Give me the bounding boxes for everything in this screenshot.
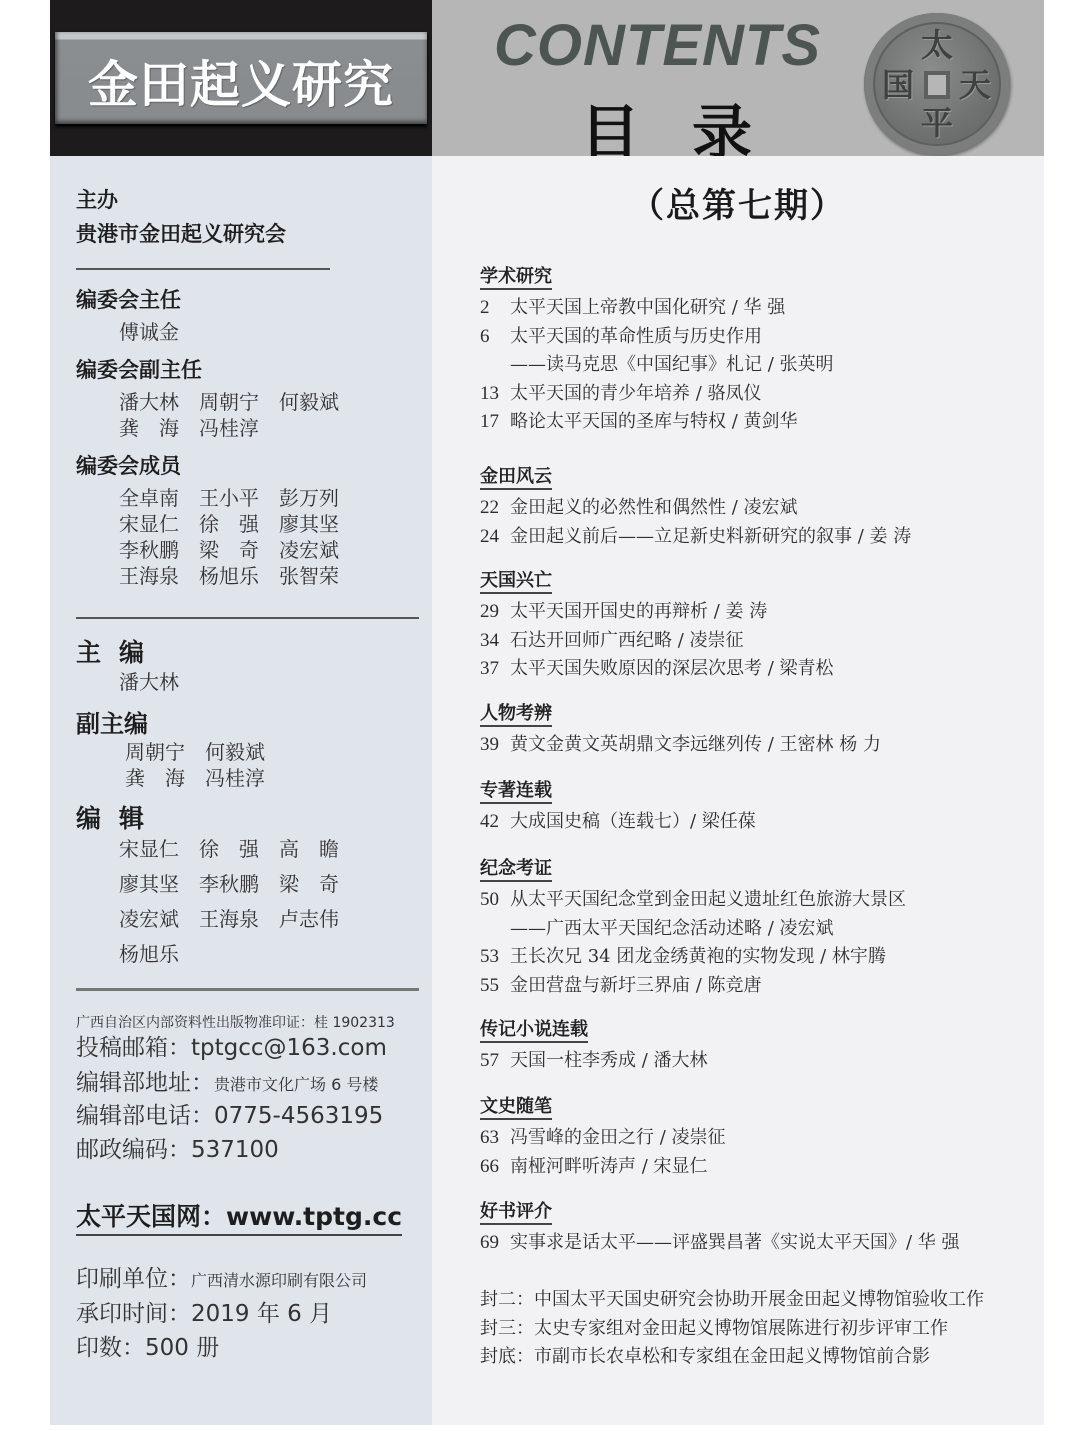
toc-section-rise-and-fall: 天国兴亡 29太平天国开国史的再辩析 / 姜 涛 34石达开回师广西纪略 / 凌… — [480, 570, 1040, 684]
section-title: 天国兴亡 — [480, 570, 552, 594]
toc-entry[interactable]: 37太平天国失败原因的深层次思考 / 梁青松 — [480, 655, 1040, 684]
committee-members-list: 全卓南 王小平 彭万列 宋显仁 徐 强 廖其坚 李秋鹏 梁 奇 凌宏斌 王海泉 … — [119, 485, 339, 589]
contents-heading-en: CONTENTS — [494, 12, 821, 79]
submission-email-line: 投稿邮箱：tptgcc@163.com — [76, 1029, 387, 1062]
coin-char-left: 国 — [882, 69, 914, 101]
article-title: 王长次兄 34 团龙金绣黄袍的实物发现 / 林宇腾 — [510, 943, 886, 972]
page-number: 57 — [480, 1047, 510, 1076]
print-date-value: 2019 年 6 月 — [191, 1301, 332, 1327]
sponsor-name: 贵港市金田起义研究会 — [76, 218, 286, 248]
toc-entry[interactable]: 69实事求是话太平——评盛巽昌著《实说太平天国》/ 华 强 — [480, 1229, 1040, 1258]
name-row: 李秋鹏 梁 奇 凌宏斌 — [119, 537, 339, 563]
journal-title: 金田起义研究 — [88, 45, 394, 117]
coin-char-top: 太 — [921, 29, 953, 61]
toc-section-history-essays: 文史随笔 63冯雪峰的金田之行 / 凌崇征 66南桠河畔听涛声 / 宋显仁 — [480, 1096, 1040, 1181]
website-link[interactable]: 太平天国网：www.tptg.cc — [76, 1197, 402, 1236]
article-title: 天国一柱李秀成 / 潘大林 — [510, 1047, 708, 1076]
toc-entry[interactable]: 39黄文金黄文英胡鼎文李远继列传 / 王密林 杨 力 — [480, 731, 1040, 760]
committee-director-label: 编委会主任 — [76, 284, 181, 314]
taiping-coin-icon: 太 天 平 国 — [864, 13, 1010, 155]
page-number: 2 — [480, 294, 510, 323]
article-title: 大成国史稿（连载七）/ 梁任葆 — [510, 808, 756, 837]
toc-section-biographical-novel: 传记小说连载 57天国一柱李秀成 / 潘大林 — [480, 1019, 1040, 1076]
article-title: 太平天国的革命性质与历史作用 — [510, 323, 762, 352]
toc-entry[interactable]: 2太平天国上帝教中国化研究 / 华 强 — [480, 294, 1040, 323]
article-title: 石达开回师广西纪略 / 凌崇征 — [510, 627, 744, 656]
phone-label: 编辑部电话： — [76, 1103, 214, 1129]
chief-editor-name: 潘大林 — [119, 669, 179, 695]
editors-list: 宋显仁 徐 强 高 瞻 廖其坚 李秋鹏 梁 奇 凌宏斌 王海泉 卢志伟 杨旭乐 — [119, 832, 339, 972]
toc-section-commemoration: 纪念考证 50从太平天国纪念堂到金田起义遗址红色旅游大景区 ——广西太平天国纪念… — [480, 858, 1040, 1000]
toc-entry[interactable]: 17略论太平天国的圣库与特权 / 黄剑华 — [480, 408, 1040, 437]
page-number: 66 — [480, 1153, 510, 1182]
name-row: 宋显仁 徐 强 高 瞻 — [119, 832, 339, 867]
phone-value: 0775-4563195 — [214, 1103, 383, 1129]
article-title: 南桠河畔听涛声 / 宋显仁 — [510, 1153, 708, 1182]
page-number: 34 — [480, 627, 510, 656]
address-label: 编辑部地址： — [76, 1070, 214, 1096]
page-number: 37 — [480, 655, 510, 684]
article-subtitle: ——广西太平天国纪念活动述略 / 凌宏斌 — [510, 915, 834, 944]
toc-entry[interactable]: 34石达开回师广西纪略 / 凌崇征 — [480, 627, 1040, 656]
email-label: 投稿邮箱： — [76, 1035, 191, 1061]
printer-value: 广西清水源印刷有限公司 — [191, 1271, 367, 1290]
postcode-line: 邮政编码：537100 — [76, 1131, 279, 1164]
section-title: 人物考辨 — [480, 703, 552, 727]
article-title: 实事求是话太平——评盛巽昌著《实说太平天国》/ 华 强 — [510, 1229, 960, 1258]
page-number — [480, 351, 510, 380]
toc-entry[interactable]: 6太平天国的革命性质与历史作用 — [480, 323, 1040, 352]
divider — [76, 988, 419, 991]
article-title: 太平天国的青少年培养 / 骆凤仪 — [510, 380, 762, 409]
page-number: 13 — [480, 380, 510, 409]
page-number: 6 — [480, 323, 510, 352]
journal-title-plate: 金田起义研究 — [55, 32, 427, 124]
committee-vice-director-label: 编委会副主任 — [76, 354, 202, 384]
coin-char-right: 天 — [959, 69, 991, 101]
toc-entry-subtitle[interactable]: ——读马克思《中国纪事》札记 / 张英明 — [480, 351, 1040, 380]
postcode-label: 邮政编码： — [76, 1137, 191, 1163]
article-title: 黄文金黄文英胡鼎文李远继列传 / 王密林 杨 力 — [510, 731, 881, 760]
toc-entry[interactable]: 55金田营盘与新圩三界庙 / 陈竞唐 — [480, 972, 1040, 1001]
article-title: 从太平天国纪念堂到金田起义遗址红色旅游大景区 — [510, 886, 906, 915]
name-row: 潘大林 周朝宁 何毅斌 — [119, 389, 339, 415]
page-number: 55 — [480, 972, 510, 1001]
name-row: 龚 海 冯桂淳 — [125, 765, 265, 791]
section-title: 传记小说连载 — [480, 1019, 588, 1043]
divider — [76, 268, 330, 270]
toc-entry[interactable]: 50从太平天国纪念堂到金田起义遗址红色旅游大景区 — [480, 886, 1040, 915]
chief-editor-label: 主编 — [76, 633, 162, 669]
toc-entry[interactable]: 42大成国史稿（连载七）/ 梁任葆 — [480, 808, 1040, 837]
page-number: 17 — [480, 408, 510, 437]
article-title: 金田起义的必然性和偶然性 / 凌宏斌 — [510, 494, 798, 523]
print-run-line: 印数：500 册 — [76, 1329, 219, 1362]
toc-entry[interactable]: 24金田起义前后——立足新史料新研究的叙事 / 姜 涛 — [480, 523, 1040, 552]
toc-entry[interactable]: 29太平天国开国史的再辩析 / 姜 涛 — [480, 598, 1040, 627]
deputy-chief-editor-label: 副主编 — [76, 704, 148, 739]
toc-section-book-reviews: 好书评介 69实事求是话太平——评盛巽昌著《实说太平天国》/ 华 强 — [480, 1201, 1040, 1258]
committee-vice-director-list: 潘大林 周朝宁 何毅斌 龚 海 冯桂淳 — [119, 389, 339, 441]
divider — [76, 617, 419, 619]
toc-entry[interactable]: 57天国一柱李秀成 / 潘大林 — [480, 1047, 1040, 1076]
header-contents-block: CONTENTS 目录 太 天 平 国 — [432, 0, 1044, 156]
toc-section-serialized-monograph: 专著连载 42大成国史稿（连载七）/ 梁任葆 — [480, 780, 1040, 837]
postcode-value: 537100 — [191, 1137, 279, 1163]
cover-caption-inside-back: 封三：太史专家组对金田起义博物馆展陈进行初步评审工作 — [480, 1315, 984, 1344]
toc-entry[interactable]: 53王长次兄 34 团龙金绣黄袍的实物发现 / 林宇腾 — [480, 943, 1040, 972]
committee-director-name: 傅诚金 — [119, 319, 179, 345]
email-address[interactable]: tptgcc@163.com — [191, 1035, 387, 1061]
deputy-chief-editor-list: 周朝宁 何毅斌 龚 海 冯桂淳 — [125, 739, 265, 791]
page-number: 63 — [480, 1124, 510, 1153]
printer-line: 印刷单位：广西清水源印刷有限公司 — [76, 1260, 367, 1293]
editors-label: 编辑 — [76, 799, 162, 835]
toc-entry[interactable]: 13太平天国的青少年培养 / 骆凤仪 — [480, 380, 1040, 409]
cover-captions: 封二：中国太平天国史研究会协助开展金田起义博物馆验收工作 封三：太史专家组对金田… — [480, 1286, 984, 1372]
name-row: 杨旭乐 — [119, 937, 339, 972]
coin-square-hole — [924, 71, 950, 99]
section-title: 纪念考证 — [480, 858, 552, 882]
name-row: 全卓南 王小平 彭万列 — [119, 485, 339, 511]
coin-char-bottom: 平 — [921, 107, 953, 139]
toc-entry[interactable]: 63冯雪峰的金田之行 / 凌崇征 — [480, 1124, 1040, 1153]
toc-section-jintian-events: 金田风云 22金田起义的必然性和偶然性 / 凌宏斌 24金田起义前后——立足新史… — [480, 466, 1040, 551]
name-row: 廖其坚 李秋鹏 梁 奇 — [119, 867, 339, 902]
article-title: 金田营盘与新圩三界庙 / 陈竞唐 — [510, 972, 762, 1001]
print-run-value: 500 册 — [145, 1335, 219, 1361]
issue-number: （总第七期） — [432, 178, 1044, 227]
article-title: 金田起义前后——立足新史料新研究的叙事 / 姜 涛 — [510, 523, 911, 552]
section-title: 金田风云 — [480, 466, 552, 490]
page-number: 24 — [480, 523, 510, 552]
cover-caption-back: 封底：市副市长农卓松和专家组在金田起义博物馆前合影 — [480, 1343, 984, 1372]
print-run-label: 印数： — [76, 1335, 145, 1361]
section-title: 学术研究 — [480, 266, 552, 290]
toc-section-academic-research: 学术研究 2太平天国上帝教中国化研究 / 华 强 6太平天国的革命性质与历史作用… — [480, 266, 1040, 437]
name-row: 龚 海 冯桂淳 — [119, 415, 339, 441]
toc-entry-subtitle[interactable]: ——广西太平天国纪念活动述略 / 凌宏斌 — [480, 915, 1040, 944]
article-title: 太平天国开国史的再辩析 / 姜 涛 — [510, 598, 767, 627]
name-row: 宋显仁 徐 强 廖其坚 — [119, 511, 339, 537]
article-title: 太平天国上帝教中国化研究 / 华 强 — [510, 294, 785, 323]
print-date-label: 承印时间： — [76, 1301, 191, 1327]
committee-members-label: 编委会成员 — [76, 450, 181, 480]
print-date-line: 承印时间：2019 年 6 月 — [76, 1295, 332, 1328]
editorial-address-line: 编辑部地址：贵港市文化广场 6 号楼 — [76, 1064, 378, 1097]
toc-entry[interactable]: 66南桠河畔听涛声 / 宋显仁 — [480, 1153, 1040, 1182]
page-number — [480, 915, 510, 944]
name-row: 凌宏斌 王海泉 卢志伟 — [119, 902, 339, 937]
page-number: 50 — [480, 886, 510, 915]
article-title: 太平天国失败原因的深层次思考 / 梁青松 — [510, 655, 834, 684]
page-number: 69 — [480, 1229, 510, 1258]
sponsor-label: 主办 — [76, 184, 118, 214]
toc-entry[interactable]: 22金田起义的必然性和偶然性 / 凌宏斌 — [480, 494, 1040, 523]
address-value: 贵港市文化广场 6 号楼 — [214, 1075, 378, 1094]
section-title: 专著连载 — [480, 780, 552, 804]
page-number: 53 — [480, 943, 510, 972]
page-number: 29 — [480, 598, 510, 627]
name-row: 周朝宁 何毅斌 — [125, 739, 265, 765]
page-number: 42 — [480, 808, 510, 837]
masthead-panel: 主办 贵港市金田起义研究会 编委会主任 傅诚金 编委会副主任 潘大林 周朝宁 何… — [50, 156, 432, 1425]
section-title: 好书评介 — [480, 1201, 552, 1225]
name-row: 王海泉 杨旭乐 张智荣 — [119, 563, 339, 589]
magazine-contents-page: 金田起义研究 CONTENTS 目录 太 天 平 国 主办 贵港市金田起义研究会… — [50, 0, 1044, 1425]
article-title: 冯雪峰的金田之行 / 凌崇征 — [510, 1124, 726, 1153]
table-of-contents-panel: （总第七期） 学术研究 2太平天国上帝教中国化研究 / 华 强 6太平天国的革命… — [432, 156, 1044, 1425]
page-number: 22 — [480, 494, 510, 523]
cover-caption-inside-front: 封二：中国太平天国史研究会协助开展金田起义博物馆验收工作 — [480, 1286, 984, 1315]
editorial-phone-line: 编辑部电话：0775-4563195 — [76, 1097, 383, 1130]
section-title: 文史随笔 — [480, 1096, 552, 1120]
header-title-block: 金田起义研究 — [50, 0, 432, 156]
toc-section-biographical-studies: 人物考辨 39黄文金黄文英胡鼎文李远继列传 / 王密林 杨 力 — [480, 703, 1040, 760]
page-number: 39 — [480, 731, 510, 760]
article-subtitle: ——读马克思《中国纪事》札记 / 张英明 — [510, 351, 834, 380]
article-title: 略论太平天国的圣库与特权 / 黄剑华 — [510, 408, 798, 437]
printer-label: 印刷单位： — [76, 1266, 191, 1292]
